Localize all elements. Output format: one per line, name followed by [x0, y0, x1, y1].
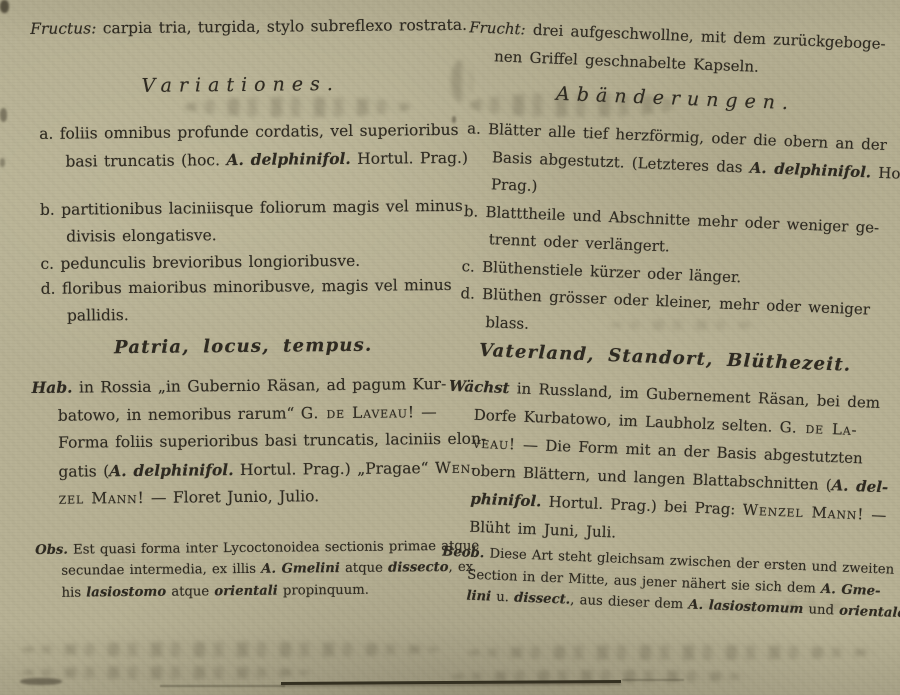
text-run: batowo, in nemoribus rarum“	[58, 404, 301, 424]
text-line: pallidis.	[67, 299, 455, 330]
footer-rule	[281, 680, 621, 685]
footer-rule-faint-right	[622, 679, 684, 681]
frucht-paragraph: Frucht: drei aufgeschwollne, mit dem zur…	[468, 14, 894, 86]
text-line: basi truncatis (hoc. A. delphinifol. Hor…	[65, 144, 453, 176]
text-run: secundae intermedia, ex illis	[61, 562, 261, 579]
text-line: secundae intermedia, ex illis A. Gmelini…	[61, 557, 457, 582]
text-run: b. partitionibus laciniisque foliorum ma…	[40, 197, 463, 219]
text-run: Frucht:	[469, 18, 526, 38]
bleedthrough-mark	[22, 642, 442, 657]
text-run: gatis (	[58, 462, 109, 480]
text-run: zel Mann!	[59, 489, 145, 508]
text-run: c. pedunculis brevioribus longioribusve.	[40, 252, 360, 273]
text-line: Forma foliis superioribus basi truncatis…	[58, 426, 456, 457]
variation-item-d: d. floribus maioribus minoribusve, magis…	[41, 272, 455, 330]
text-run: blass.	[485, 313, 529, 333]
text-line: d. floribus maioribus minoribusve, magis…	[41, 272, 455, 303]
text-run: A. delphinifol.	[226, 149, 351, 169]
variationes-heading: Variationes.	[29, 70, 453, 100]
text-run: orientali	[214, 583, 278, 599]
variation-item-b: b. partitionibus laciniisque foliorum ma…	[40, 193, 454, 251]
observation-paragraph: Obs. Est quasi forma inter Lycoctonoidea…	[35, 535, 458, 604]
text-line: batowo, in nemoribus rarum“ G. de Laveau…	[58, 398, 456, 429]
text-line: gatis (A. delphinifol. Hortul. Prag.) „P…	[58, 453, 456, 485]
text-run: orientale.	[839, 604, 900, 622]
text-run: — Floret Junio, Julio.	[144, 487, 319, 507]
text-run: dissect.	[514, 590, 571, 607]
text-line: a. foliis omnibus profunde cordatis, vel…	[39, 117, 453, 148]
text-line: his lasiostomo atque orientali propinquu…	[61, 578, 457, 603]
text-run: veau!	[472, 434, 516, 454]
text-run: lini	[466, 589, 491, 605]
fructus-paragraph: Fructus: carpia tria, turgida, stylo sub…	[30, 12, 452, 43]
text-run: G. de La-	[779, 418, 857, 439]
text-run: G. de Laveau!	[301, 403, 415, 422]
patria-heading: Patria, locus, tempus.	[31, 332, 455, 362]
text-run: carpia tria, turgida, stylo subreflexo r…	[96, 16, 467, 38]
scanned-book-page: Fructus: carpia tria, turgida, stylo sub…	[0, 0, 900, 695]
text-run: Obs.	[35, 542, 68, 557]
ink-speck	[0, 158, 5, 167]
bleedthrough-mark	[452, 670, 752, 683]
text-run: Wenzel Mann!	[742, 501, 864, 524]
text-run: A. Gmelini	[261, 561, 340, 577]
text-run: propinquum.	[278, 582, 369, 598]
text-run: A. lasiostomum	[688, 597, 804, 617]
text-run: A. delphinifol.	[109, 460, 234, 480]
habitat-paragraph: Hab. in Rossia „in Gubernio Räsan, ad pa…	[31, 370, 456, 514]
text-run: Forma foliis superioribus basi truncatis…	[58, 430, 486, 452]
text-run: A. delphinifol.	[749, 158, 871, 181]
text-run: a. foliis omnibus profunde cordatis, vel…	[39, 121, 459, 143]
text-run: basi truncatis (hoc.	[65, 151, 226, 171]
text-run: Hortul. Prag.) „Pragae“	[233, 459, 435, 479]
text-line: Hab. in Rossia „in Gubernio Räsan, ad pa…	[31, 370, 455, 403]
footer-rule-faint-left	[160, 685, 285, 687]
text-run: pallidis.	[67, 306, 129, 325]
text-run: atque	[340, 561, 388, 576]
text-run: Beob.	[442, 545, 485, 562]
text-run: Wächst	[449, 377, 510, 397]
waechst-paragraph: Wächst in Russland, im Gubernement Räsan…	[443, 372, 879, 557]
text-run: trennt oder verlängert.	[488, 230, 670, 255]
text-run: A. del-	[831, 476, 888, 496]
text-run: his	[62, 585, 87, 600]
ink-speck	[0, 0, 9, 13]
text-run: Blüht im Juni, Juli.	[469, 518, 617, 542]
text-line: b. partitionibus laciniisque foliorum ma…	[40, 193, 454, 224]
ink-speck	[20, 678, 62, 685]
text-run: Hortul. Prag.) bei Prag:	[541, 493, 743, 519]
text-run: Hort.	[871, 163, 900, 183]
text-run: Est quasi forma inter Lycoctonoidea sect…	[68, 538, 479, 557]
german-column: Frucht: drei aufgeschwollne, mit dem zur…	[440, 10, 894, 623]
text-run: Fructus:	[30, 19, 96, 38]
text-run: A. Gme-	[821, 581, 881, 598]
text-run: Hab.	[32, 378, 73, 397]
bleedthrough-mark	[22, 666, 312, 679]
text-run: dissecto	[388, 560, 449, 576]
text-line: divisis elongatisve.	[66, 220, 454, 251]
text-run: Hortul. Prag.)	[351, 149, 468, 168]
text-run: in Rossia „in Gubernio Räsan, ad pagum K…	[72, 375, 446, 397]
ink-speck	[0, 108, 7, 122]
text-run: u.	[491, 590, 515, 606]
latin-column: Fructus: carpia tria, turgida, stylo sub…	[28, 8, 458, 604]
text-run: lasiostomo	[86, 584, 166, 600]
text-run: —	[415, 403, 437, 421]
text-run: atque	[166, 584, 214, 599]
text-line: Fructus: carpia tria, turgida, stylo sub…	[30, 12, 452, 43]
text-run: , aus dieser dem	[570, 593, 689, 613]
text-run: und	[803, 602, 839, 618]
variation-item-a: a. foliis omnibus profunde cordatis, vel…	[39, 117, 454, 176]
text-run: phinifol.	[470, 490, 542, 511]
text-run: d. floribus maioribus minoribusve, magis…	[41, 276, 452, 298]
text-line: zel Mann! — Floret Junio, Julio.	[59, 482, 457, 513]
bleedthrough-mark	[468, 645, 876, 660]
abaenderung-item-a: a. Blätter alle tief herzförmig, oder di…	[464, 115, 889, 214]
text-run: Prag.)	[491, 175, 538, 195]
text-run: divisis elongatisve.	[66, 226, 217, 245]
text-run: —	[864, 505, 887, 524]
